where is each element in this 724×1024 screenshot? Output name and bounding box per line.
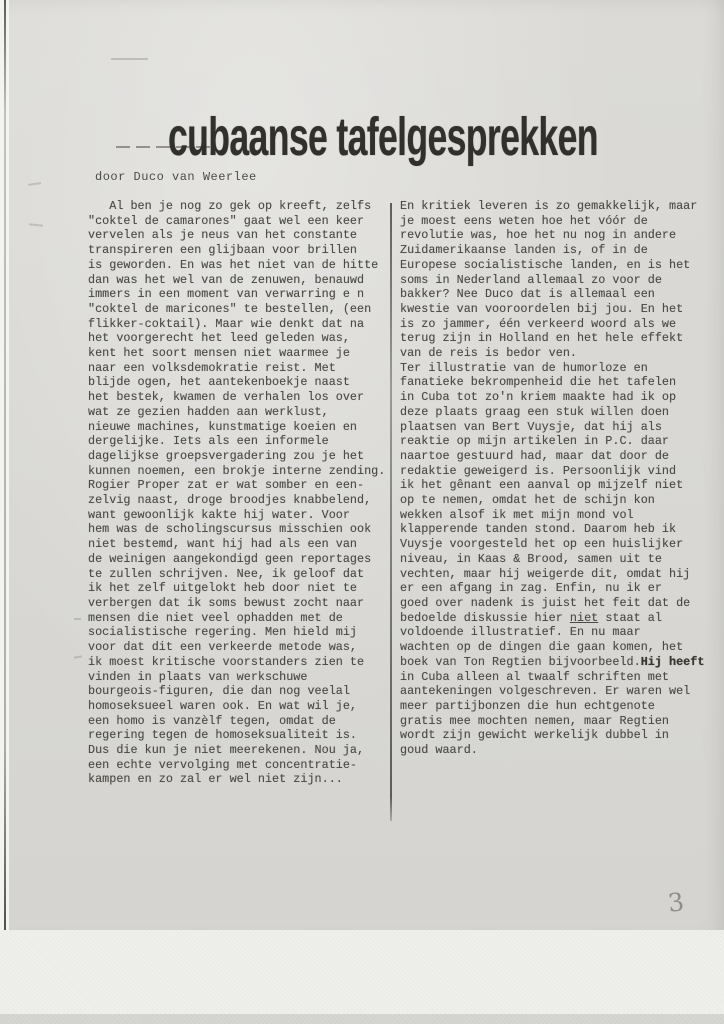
page-title: cubaanse tafelgesprekken <box>168 110 598 164</box>
text-line: mensen die niet veel ophadden met de <box>88 611 400 626</box>
text-line: vervelen als je neus van het constante <box>88 228 400 243</box>
text-line: Zuidamerikaanse landen is, of in de <box>400 243 715 258</box>
scanner-bottom-strip <box>0 1014 724 1024</box>
text-line: goed over nadenk is juist het feit dat d… <box>400 596 715 611</box>
text-line: flikker-coktail). Maar wie denkt dat na <box>88 317 400 332</box>
text-line: ik het zelf uitgelokt heb door niet te <box>88 581 400 596</box>
text-line: klapperende tanden stond. Daarom heb ik <box>400 522 715 537</box>
text-line: het bestek, kwamen de verhalen los over <box>88 390 400 405</box>
text-line: niveau, in Kaas & Brood, samen uit te <box>400 552 715 567</box>
text-line: kent het soort mensen niet waarmee je <box>88 346 400 361</box>
text-line: bourgeois-figuren, die dan nog veelal <box>88 684 400 699</box>
page-number: 3 <box>666 887 685 918</box>
text-line: Rogier Proper zat er wat somber en een- <box>88 478 400 493</box>
text-line: Europese socialistische landen, en is he… <box>400 258 715 273</box>
left-column-text: Al ben je nog zo gek op kreeft, zelfs"co… <box>88 199 400 787</box>
text-line: socialistische regering. Men hield mij <box>88 625 400 640</box>
text-line: terug zijn in Holland en het hele effekt <box>400 331 715 346</box>
scanned-page: cubaanse tafelgesprekken door Duco van W… <box>0 0 724 1024</box>
text-line: naartoe gestuurd had, maar dat door de <box>400 449 715 464</box>
text-line: kwestie van vooroordelen bij jou. En het <box>400 302 715 317</box>
text-line: hem was de scholingscursus misschien ook <box>88 522 400 537</box>
text-line: deze plaats graag een stuk willen doen <box>400 405 715 420</box>
text-line: te zullen schrijven. Nee, ik geloof dat <box>88 567 400 582</box>
text-line: een homo is vanzèlf tegen, omdat de <box>88 714 400 729</box>
text-line: boek van Ton Regtien bijvoorbeeld.Hij he… <box>400 655 715 670</box>
text-line: ik moest kritische voorstanders zien te <box>88 655 400 670</box>
right-column-text: En kritiek leveren is zo gemakkelijk, ma… <box>400 199 715 758</box>
text-line: wachten op de dingen die gaan komen, het <box>400 640 715 655</box>
stray-pencil-mark <box>74 618 81 620</box>
text-line: "coktel de maricones" te bestellen, (een <box>88 302 400 317</box>
text-line: vechten, maar hij weigerde dit, omdat hi… <box>400 567 715 582</box>
byline: door Duco van Weerlee <box>95 170 257 184</box>
text-line: gratis mee mochten nemen, maar Regtien <box>400 714 715 729</box>
text-line: verbergen dat ik soms bewust zocht naar <box>88 596 400 611</box>
text-line: er een afgang in zag. Enfin, nu ik er <box>400 581 715 596</box>
text-line: Al ben je nog zo gek op kreeft, zelfs <box>88 199 400 214</box>
scanner-bottom-band <box>0 930 724 1014</box>
text-line: dan was het wel van de zenuwen, benauwd <box>88 273 400 288</box>
text-line: het voorgerecht het leed geleden was, <box>88 331 400 346</box>
text-line: bedoelde diskussie hier niet staat al <box>400 611 715 626</box>
text-line: naar een volksdemokratie reist. Met <box>88 361 400 376</box>
text-line: is geworden. En was het niet van de hitt… <box>88 258 400 273</box>
column-divider-rule <box>390 203 392 821</box>
text-line: niet bestemd, want hij had als een van <box>88 537 400 552</box>
text-line: je moest eens weten hoe het vóór de <box>400 214 715 229</box>
text-line: dergelijke. Iets als een informele <box>88 434 400 449</box>
text-line: in Cuba tot zo'n kriem maakte had ik op <box>400 390 715 405</box>
text-line: wekken alsof ik met mijn mond vol <box>400 508 715 523</box>
text-line: bakker? Nee Duco dat is allemaal een <box>400 287 715 302</box>
page-torn-edge <box>4 0 6 930</box>
text-line: homoseksueel waren ook. En wat wil je, <box>88 699 400 714</box>
text-line: is zo jammer, één verkeerd woord als we <box>400 317 715 332</box>
text-line: de weinigen aangekondigd geen reportages <box>88 552 400 567</box>
text-line: kampen en zo zal er wel niet zijn... <box>88 772 400 787</box>
text-line: een echte vervolging met concentratie- <box>88 758 400 773</box>
text-line: revolutie was, hoe het nu nog in andere <box>400 228 715 243</box>
text-line: kunnen noemen, een brokje interne zendin… <box>88 464 400 479</box>
stray-pencil-mark <box>111 58 148 60</box>
text-line: aantekeningen volgeschreven. Er waren we… <box>400 684 715 699</box>
text-line: nieuwe machines, kunstmatige koeien en <box>88 420 400 435</box>
text-line: dagelijkse groepsvergadering zou je het <box>88 449 400 464</box>
text-line: Ter illustratie van de humorloze en <box>400 361 715 376</box>
text-line: blijde ogen, het aantekenboekje naast <box>88 375 400 390</box>
text-line: "coktel de camarones" gaat wel een keer <box>88 214 400 229</box>
text-line: plaatsen van Bert Vuysje, dat hij als <box>400 420 715 435</box>
text-line: meer partijbonzen die hun echtgenote <box>400 699 715 714</box>
text-line: op te nemen, omdat het de schijn kon <box>400 493 715 508</box>
text-line: voldoende illustratief. En nu maar <box>400 625 715 640</box>
text-line: reaktie op mijn artikelen in P.C. daar <box>400 434 715 449</box>
text-line: transpireren een glijbaan voor brillen <box>88 243 400 258</box>
text-line: in Cuba alleen al twaalf schriften met <box>400 670 715 685</box>
text-line: voor dat dit een verkeerde metode was, <box>88 640 400 655</box>
text-line: regering tegen de homoseksualiteit is. <box>88 728 400 743</box>
text-line: Dus die kun je niet meerekenen. Nou ja, <box>88 743 400 758</box>
text-line: wat ze gezien hadden aan werklust, <box>88 405 400 420</box>
text-line: want gewoonlijk kakte hij water. Voor <box>88 508 400 523</box>
text-line: immers in een moment van verwarring e n <box>88 287 400 302</box>
text-line: redaktie geweigerd is. Persoonlijk vind <box>400 464 715 479</box>
text-line: goud waard. <box>400 743 715 758</box>
text-line: En kritiek leveren is zo gemakkelijk, ma… <box>400 199 715 214</box>
text-line: zelvig naast, droge broodjes knabbelend, <box>88 493 400 508</box>
text-line: wordt zijn gewicht werkelijk dubbel in <box>400 728 715 743</box>
text-line: van de reis is bedor ven. <box>400 346 715 361</box>
text-line: vinden in plaats van werkschuwe <box>88 670 400 685</box>
text-line: Vuysje voorgesteld het op een huislijker <box>400 537 715 552</box>
text-line: fanatieke bekrompenheid die het tafelen <box>400 375 715 390</box>
text-line: ik het gênant een aanval op mijzelf niet <box>400 478 715 493</box>
text-line: soms in Nederland allemaal zo voor de <box>400 273 715 288</box>
